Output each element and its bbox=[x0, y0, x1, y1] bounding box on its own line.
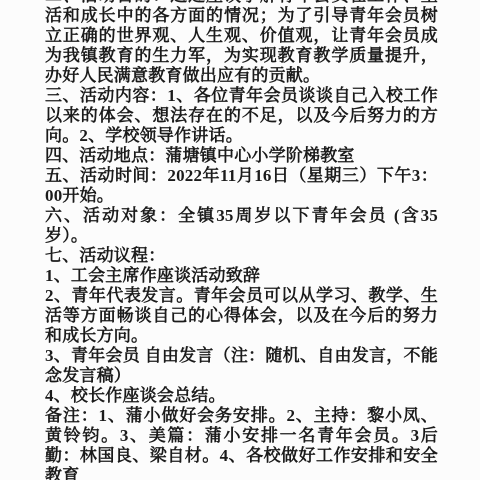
text-line-section-4: 四、活动地点：蒲塘镇中心小学阶梯教室 bbox=[45, 146, 438, 166]
text-line: 活等方面畅谈自己的心得体会，以及在今后的努力 bbox=[45, 306, 438, 326]
document-page: 二、活动目的：通过座谈了解青年会员在工作、生 活和成长中的各方面的情况；为了引导… bbox=[45, 0, 438, 480]
text-line-clipped-bottom: 教育 bbox=[45, 466, 438, 480]
text-line: 以来的体会、想法存在的不足，以及今后努力的方 bbox=[45, 106, 438, 126]
text-line: 黄铃钧。3、美篇：蒲小安排一名青年会员。3后 bbox=[45, 426, 438, 446]
text-line-section-5: 五、活动时间：2022年11月16日（星期三）下午3： bbox=[45, 166, 438, 186]
text-line: 念发言稿） bbox=[45, 366, 438, 386]
text-line-agenda-3: 3、青年会员 自由发言（注：随机、自由发言，不能 bbox=[45, 346, 438, 366]
text-line: 和成长方向。 bbox=[45, 326, 438, 346]
text-line-agenda-1: 1、工会主席作座谈活动致辞 bbox=[45, 266, 438, 286]
text-line-section-7: 七、活动议程： bbox=[45, 246, 438, 266]
text-line: 活和成长中的各方面的情况；为了引导青年会员树 bbox=[45, 6, 438, 26]
text-line: 向。2、学校领导作讲话。 bbox=[45, 126, 438, 146]
text-line-remarks: 备注：1、蒲小做好会务安排。2、主持：黎小凤、 bbox=[45, 406, 438, 426]
text-line-section-6: 六、活动对象：全镇35周岁以下青年会员 (含35 bbox=[45, 206, 438, 226]
text-line-section-3: 三、活动内容：1、各位青年会员谈谈自己入校工作 bbox=[45, 86, 438, 106]
text-line: 立正确的世界观、人生观、价值观，让青年会员成 bbox=[45, 26, 438, 46]
text-line: 办好人民满意教育做出应有的贡献。 bbox=[45, 66, 438, 86]
screenshot-root: { "colors": { "page_background": "#fcfcf… bbox=[0, 0, 480, 480]
text-line-agenda-4: 4、校长作座谈会总结。 bbox=[45, 386, 438, 406]
text-line: 为我镇教育的生力军，为实现教育教学质量提升， bbox=[45, 46, 438, 66]
text-line: 00开始。 bbox=[45, 186, 438, 206]
text-line: 岁）。 bbox=[45, 226, 438, 246]
text-line-agenda-2: 2、青年代表发言。青年会员可以从学习、教学、生 bbox=[45, 286, 438, 306]
text-line: 勤：林国良、梁自材。4、各校做好工作安排和安全 bbox=[45, 446, 438, 466]
